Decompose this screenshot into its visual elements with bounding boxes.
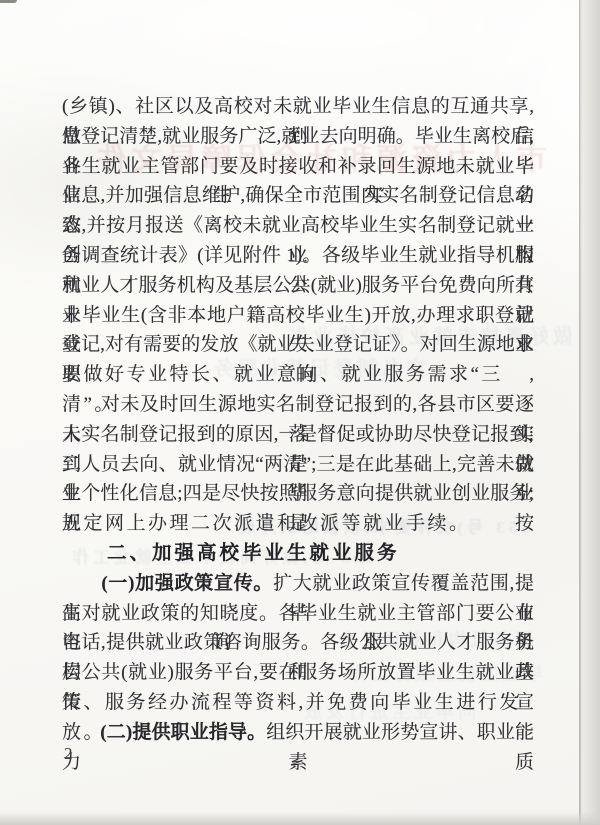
text-line: 传、服务经办流程等资料,并免费向毕业生进行发放。 [62,688,534,718]
paper-edge-bottom [0,812,600,825]
text-line: (一)加强政策宣传。扩大就业政策宣传覆盖范围,提高毕业 [62,569,534,599]
text-line: 登记,对有需要的发放《就业失业登记证》。对回生源地求职的, [62,330,534,360]
text-line: 务调查统计表》(详见附件 1)。各级毕业生就业指导机构和公共 [62,241,534,271]
text-line: 生对就业政策的知晓度。各毕业生就业主管部门要公布咨询服务 [62,599,534,629]
document-body: (乡镇)、社区以及高校对未就业毕业生信息的互通共享,做到信息登记清楚,就业服务广… [62,92,534,748]
paragraph-lead: (二)提供职业指导。 [62,722,266,743]
text-line: 致,并按月报送《离校未就业高校毕业生实名制登记就业创业服 [62,211,534,241]
paragraph-lead: (一)加强政策宣传。 [62,573,273,594]
text-line: 业生就业主管部门要及时接收和补录回生源地未就业毕业生实名 [62,152,534,182]
text-line: 生个性化信息;四是尽快按照服务意向提供就业创业服务;五是按 [62,479,534,509]
text-line: 未实名制登记报到的原因,一是督促或协助尽快登记报到;二是做 [62,420,534,450]
text-line: 对未及时回生源地实名制登记报到的,各县市区要逐人落实 [62,390,534,420]
text-line: (二)提供职业指导。组织开展就业形势宣讲、职业能力素质 [62,718,534,748]
text-line: 要做好专业特长、就业意向、就业服务需求“三清”。 [62,360,534,390]
text-line: 业毕业生(含非本地户籍高校毕业生)开放,办理求职登记或失业 [62,301,534,331]
text-line: 到人员去向、就业情况“两清”;三是在此基础上,完善未就业毕业 [62,450,534,480]
section-heading: 二、加强高校毕业生就业服务 [62,539,534,569]
text-line: 层公共(就业)服务平台,要在服务场所放置毕业生就业政策宣 [62,658,534,688]
text-line: 规定网上办理二次派遣和改派等就业手续。 [62,509,534,539]
paper-edge-right [579,0,600,825]
text-line: 息登记清楚,就业服务广泛,就业去向明确。毕业生离校后,各毕 [62,122,534,152]
text-line: (乡镇)、社区以及高校对未就业毕业生信息的互通共享,做到信 [62,92,534,122]
text-line: 信息,并加强信息维护,确保全市范围内实名制登记信息动态一 [62,181,534,211]
text-line: 电话,提供就业政策咨询服务。各级公共就业人才服务机构和基 [62,628,534,658]
scan-corner-artifact [0,0,17,3]
line-text: 二、加强高校毕业生就业服务 [62,542,400,564]
line-text: 规定网上办理二次派遣和改派等就业手续。 [62,513,471,534]
scanned-document-page: 市人力资源和社会保障局文件做好离校未就业高校毕业生实名制登记就业服务353 号)… [0,0,600,825]
text-line: 就业人才服务机构及基层公共(就业)服务平台免费向所有未就 [62,271,534,301]
page-number: 2 [64,743,73,765]
